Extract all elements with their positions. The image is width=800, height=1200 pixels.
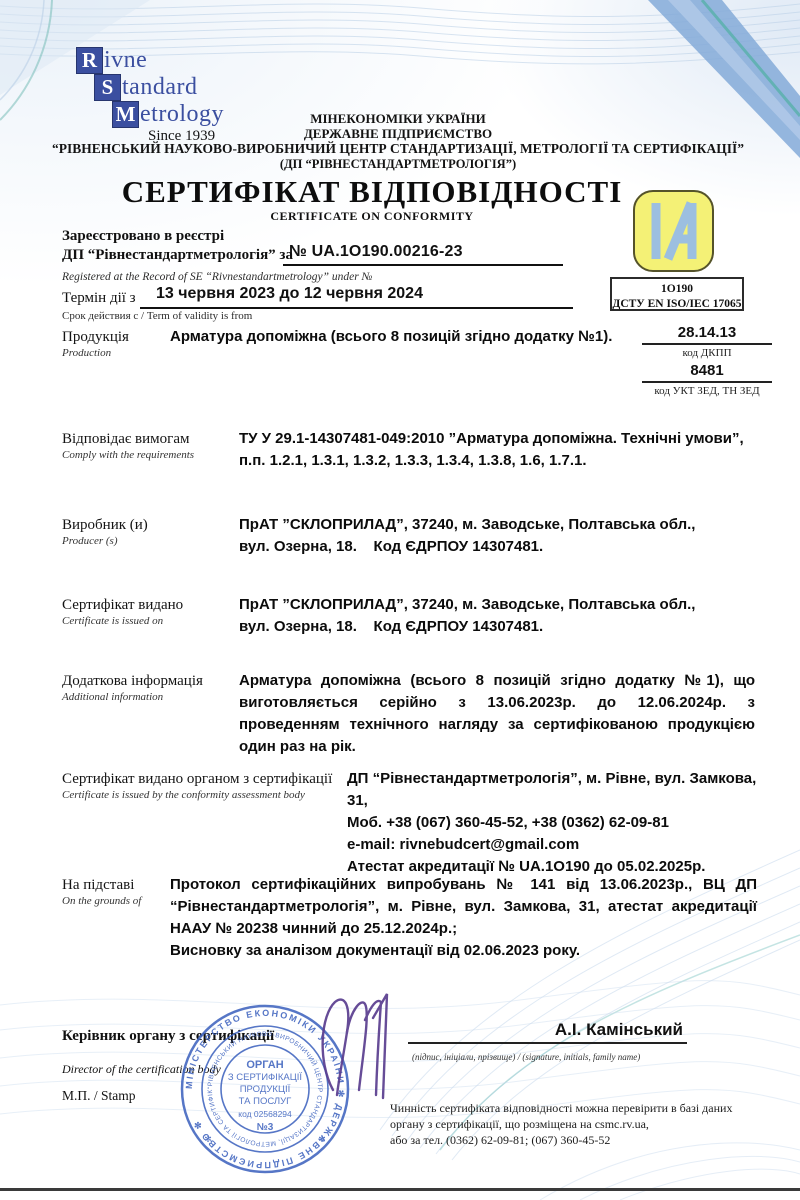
grounds-conclusion: Висновку за аналізом документації від 02… — [170, 940, 757, 962]
additional-label-ua: Додаткова інформація — [62, 673, 203, 690]
certificate-number: № UA.1О190.00216-23 — [283, 243, 563, 266]
signer-name: А.І. Камінський — [408, 1020, 687, 1044]
producer-label-en: Producer (s) — [62, 535, 118, 547]
header-state-enterprise: ДЕРЖАВНЕ ПІДПРИЄМСТВО — [0, 126, 796, 142]
validity-label-sub: Срок действия с / Term of validity is fr… — [62, 310, 252, 322]
stamp-center-line1: ОРГАН — [246, 1059, 283, 1071]
requirements-value: ТУ У 29.1-14307481-049:2010 ”Арматура до… — [239, 428, 759, 472]
signature-caption: (підпис, ініціали, прізвище) / (signatur… — [412, 1052, 640, 1062]
accreditation-code-box: 1О190 ДСТУ EN ISO/ІЕС 17065 — [610, 277, 744, 311]
issued-on-label-ua: Сертифікат видано — [62, 597, 183, 614]
dkpp-code-label: код ДКПП — [642, 345, 772, 359]
verification-note: Чинність сертифіката відповідності можна… — [390, 1100, 770, 1148]
naau-accreditation-badge — [633, 190, 714, 272]
stamp-center-line4: ТА ПОСЛУГ — [239, 1096, 292, 1107]
accreditation-standard: ДСТУ EN ISO/ІЕС 17065 — [612, 297, 742, 312]
ukt-code-block: 8481 код УКТ ЗЕД, ТН ЗЕД — [642, 362, 772, 397]
issued-on-label-en: Certificate is issued on — [62, 615, 163, 627]
stamp-ornament-right: ✻ — [318, 1134, 326, 1144]
logo-initial-s: S — [94, 74, 121, 101]
producer-label-ua: Виробник (и) — [62, 517, 148, 534]
header-ministry: МІНЕКОНОМІКИ УКРАЇНИ — [0, 111, 796, 127]
requirements-label-ua: Відповідає вимогам — [62, 431, 189, 448]
bottom-rule — [0, 1188, 800, 1191]
issuer-label-en: Certificate is issued by the conformity … — [62, 789, 305, 801]
ukt-code-label: код УКТ ЗЕД, ТН ЗЕД — [642, 383, 772, 397]
producer-value: ПрАТ ”СКЛОПРИЛАД”, 37240, м. Заводське, … — [239, 514, 759, 558]
grounds-label-ua: На підставі — [62, 877, 134, 894]
issuer-label-ua: Сертифікат видано органом з сертифікації — [62, 771, 332, 788]
accreditation-code: 1О190 — [612, 282, 742, 297]
header-short-name: (ДП “РІВНЕСТАНДАРТМЕТРОЛОГІЯ”) — [0, 157, 796, 172]
logo-initial-r: R — [76, 47, 103, 74]
logo-line-standard: S tandard — [94, 71, 296, 101]
grounds-protocol: Протокол сертифікаційних випробувань № 1… — [170, 874, 757, 940]
production-value: Арматура допоміжна (всього 8 позицій згі… — [170, 326, 635, 348]
grounds-label-en: On the grounds of — [62, 895, 141, 907]
additional-label-en: Additional information — [62, 691, 163, 703]
header-center-name: “РІВНЕНСЬКИЙ НАУКОВО-ВИРОБНИЧИЙ ЦЕНТР СТ… — [0, 141, 796, 157]
registered-label-en: Registered at the Record of SE “Rivnesta… — [62, 271, 372, 283]
stamp-center-line5: код 02568294 — [238, 1109, 292, 1119]
naau-mark-icon — [635, 192, 712, 270]
certificate-title: СЕРТИФІКАТ ВІДПОВІДНОСТІ — [0, 174, 744, 210]
production-label-en: Production — [62, 347, 111, 359]
stamp-ornament-left: ✻ — [204, 1134, 212, 1144]
registered-label: Зареєстровано в реєстрі — [62, 228, 224, 245]
ukt-code: 8481 — [642, 362, 772, 383]
logo-word-standard: tandard — [122, 74, 197, 101]
validity-label: Термін дії з — [62, 290, 136, 307]
requirements-label-en: Comply with the requirements — [62, 449, 194, 461]
stamp-place-label: М.П. / Stamp — [62, 1088, 136, 1104]
dkpp-code-block: 28.14.13 код ДКПП — [642, 324, 772, 359]
certificate-page: R ivne S tandard M etrology Since 1939 М… — [0, 0, 800, 1200]
stamp-center-line2: З СЕРТИФІКАЦІЇ — [228, 1072, 303, 1083]
stamp-center-line6: №3 — [257, 1122, 274, 1133]
issuer-value: ДП “Рівнестандартметрологія”, м. Рівне, … — [347, 768, 777, 878]
stamp-center-line3: ПРОДУКЦІЇ — [240, 1084, 291, 1095]
logo-word-rivne: ivne — [104, 47, 147, 74]
production-label-ua: Продукція — [62, 329, 129, 346]
logo-line-rivne: R ivne — [76, 44, 296, 74]
dkpp-code: 28.14.13 — [642, 324, 772, 345]
additional-value: Арматура допоміжна (всього 8 позицій згі… — [239, 670, 755, 758]
registered-by-label: ДП “Рівнестандартметрологія” за — [62, 247, 293, 264]
validity-dates: 13 червня 2023 до 12 червня 2024 — [140, 285, 573, 309]
issued-on-value: ПрАТ ”СКЛОПРИЛАД”, 37240, м. Заводське, … — [239, 594, 759, 638]
handwritten-signature — [315, 990, 410, 1105]
